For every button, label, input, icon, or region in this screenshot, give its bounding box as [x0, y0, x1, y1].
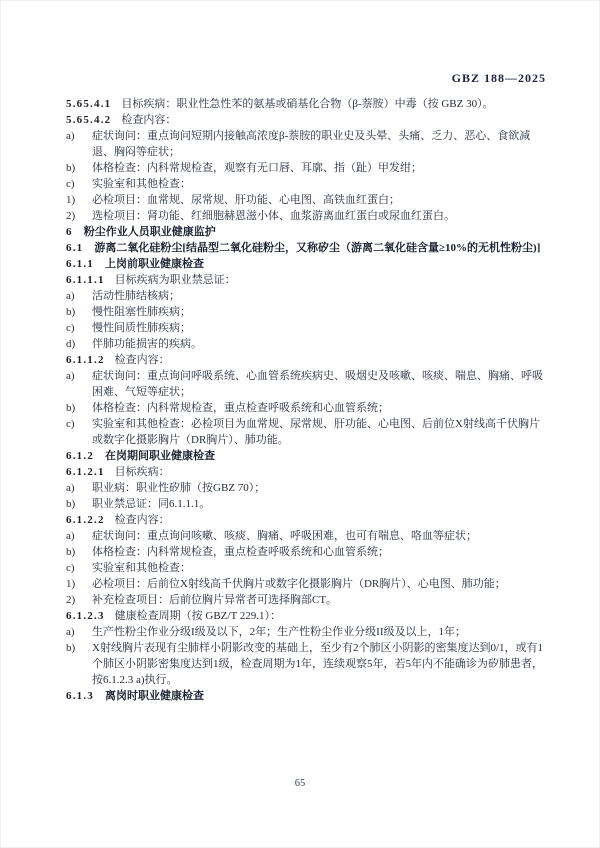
clause-6-1-2-3: 6.1.2.3 健康检查周期（按 GBZ/T 229.1）： — [66, 608, 544, 624]
list-marker: 1) — [66, 576, 92, 592]
list-item-text: 生产性粉尘作业分级I级及以下，2年；生产性粉尘作业分级II级及以上，1年； — [92, 624, 544, 640]
clause-text: 健康检查周期（按 GBZ/T 229.1）： — [115, 608, 544, 624]
list-marker: 1) — [66, 192, 92, 208]
list-item: a) 职业病：职业性矽肺（按GBZ 70）； — [66, 480, 544, 496]
list-item-text: 症状询问：重点询问呼吸系统、心血管系统疾病史、吸烟史及咳嗽、咳痰、喘息、胸痛、呼… — [92, 368, 544, 400]
list-marker: 2) — [66, 208, 92, 224]
list-item: c) 慢性间质性肺疾病； — [66, 320, 544, 336]
section-heading-6-1-2: 6.1.2 在岗期间职业健康检查 — [66, 448, 544, 464]
heading-text: 粉尘作业人员职业健康监护 — [84, 224, 216, 240]
list-marker: b) — [66, 640, 92, 656]
heading-text: 上岗前职业健康检查 — [105, 256, 204, 272]
list-item-text: 职业禁忌证：同6.1.1.1。 — [92, 496, 544, 512]
clause-text: 检查内容： — [121, 112, 544, 128]
sublist-item: 1) 必检项目：后前位X射线高千伏胸片或数字化摄影胸片（DR胸片）、心电图、肺功… — [66, 576, 544, 592]
list-marker: b) — [66, 304, 92, 320]
list-item: b) 职业禁忌证：同6.1.1.1。 — [66, 496, 544, 512]
document-content: 5.65.4.1 目标疾病：职业性急性苯的氨基或硝基化合物（β-萘胺）中毒（按 … — [66, 96, 544, 704]
list-marker: a) — [66, 528, 92, 544]
list-item-text: 必检项目：后前位X射线高千伏胸片或数字化摄影胸片（DR胸片）、心电图、肺功能； — [92, 576, 544, 592]
list-item: a) 生产性粉尘作业分级I级及以下，2年；生产性粉尘作业分级II级及以上，1年； — [66, 624, 544, 640]
list-marker: a) — [66, 288, 92, 304]
list-item-text: 体格检查：内科常规检查，重点检查呼吸系统和心血管系统； — [92, 544, 544, 560]
list-item: a) 症状询问：重点询问咳嗽、咳痰、胸痛、呼吸困难，也可有喘息、咯血等症状； — [66, 528, 544, 544]
list-marker: a) — [66, 368, 92, 384]
list-item-text: 伴肺功能损害的疾病。 — [92, 336, 544, 352]
document-page: GBZ 188—2025 5.65.4.1 目标疾病：职业性急性苯的氨基或硝基化… — [0, 0, 600, 848]
clause-number: 5.65.4.2 — [66, 112, 111, 128]
list-item: b) X射线胸片表现有尘肺样小阴影改变的基础上，至少有2个肺区小阴影的密集度达到… — [66, 640, 544, 688]
clause-6-1-2-1: 6.1.2.1 目标疾病： — [66, 464, 544, 480]
list-item: c) 实验室和其他检查： — [66, 176, 544, 192]
clause-number: 6.1.1.2 — [66, 352, 105, 368]
list-marker: c) — [66, 560, 92, 576]
list-item: a) 活动性肺结核病； — [66, 288, 544, 304]
list-item-text: 选检项目：肾功能、红细胞赫恩滋小体、血浆游离血红蛋白或尿血红蛋白。 — [92, 208, 544, 224]
list-item-text: 实验室和其他检查： — [92, 176, 544, 192]
list-item: d) 伴肺功能损害的疾病。 — [66, 336, 544, 352]
list-item-text: 补充检查项目：后前位胸片异常者可选择胸部CT。 — [92, 592, 544, 608]
list-item-text: 实验室和其他检查： — [92, 560, 544, 576]
list-item-text: 症状询问：重点询问短期内接触高浓度β-萘胺的职业史及头晕、头痛、乏力、恶心、食欲… — [92, 128, 544, 160]
list-marker: a) — [66, 480, 92, 496]
list-item-text: 职业病：职业性矽肺（按GBZ 70）； — [92, 480, 544, 496]
list-item: b) 体格检查：内科常规检查，重点检查呼吸系统和心血管系统； — [66, 400, 544, 416]
list-item-text: 必检项目：血常规、尿常规、肝功能、心电图、高铁血红蛋白； — [92, 192, 544, 208]
list-item-text: 体格检查：内科常规检查，重点检查呼吸系统和心血管系统； — [92, 400, 544, 416]
list-item: b) 体格检查：内科常规检查，观察有无口唇、耳廓、指（趾）甲发绀； — [66, 160, 544, 176]
section-heading-6-1: 6.1 游离二氧化硅粉尘[结晶型二氧化硅粉尘，又称矽尘（游离二氧化硅含量≥10%… — [66, 240, 544, 256]
list-item: b) 体格检查：内科常规检查，重点检查呼吸系统和心血管系统； — [66, 544, 544, 560]
clause-6-1-1-1: 6.1.1.1 目标疾病为职业禁忌证： — [66, 272, 544, 288]
clause-5-65-4-2: 5.65.4.2 检查内容： — [66, 112, 544, 128]
clause-number: 6.1.2.3 — [66, 608, 105, 624]
list-marker: b) — [66, 400, 92, 416]
list-marker: a) — [66, 128, 92, 144]
list-marker: 2) — [66, 592, 92, 608]
section-heading-6-1-3: 6.1.3 离岗时职业健康检查 — [66, 688, 544, 704]
clause-number: 6.1.2.1 — [66, 464, 105, 480]
list-item: a) 症状询问：重点询问短期内接触高浓度β-萘胺的职业史及头晕、头痛、乏力、恶心… — [66, 128, 544, 160]
list-marker: d) — [66, 336, 92, 352]
clause-text: 目标疾病为职业禁忌证： — [115, 272, 544, 288]
list-item: a) 症状询问：重点询问呼吸系统、心血管系统疾病史、吸烟史及咳嗽、咳痰、喘息、胸… — [66, 368, 544, 400]
clause-text: 目标疾病： — [115, 464, 544, 480]
heading-text: 离岗时职业健康检查 — [105, 688, 204, 704]
clause-6-1-1-2: 6.1.1.2 检查内容： — [66, 352, 544, 368]
heading-number: 6.1.2 — [66, 448, 94, 464]
clause-6-1-2-2: 6.1.2.2 检查内容： — [66, 512, 544, 528]
list-marker: b) — [66, 544, 92, 560]
clause-text: 检查内容： — [115, 352, 544, 368]
heading-number: 6.1.3 — [66, 688, 94, 704]
heading-number: 6.1.1 — [66, 256, 94, 272]
heading-number: 6 — [66, 224, 73, 240]
list-marker: c) — [66, 416, 92, 432]
list-marker: b) — [66, 160, 92, 176]
list-marker: b) — [66, 496, 92, 512]
clause-text: 检查内容： — [115, 512, 544, 528]
list-marker: c) — [66, 320, 92, 336]
page-number: 65 — [0, 778, 600, 789]
list-item-text: 活动性肺结核病； — [92, 288, 544, 304]
list-marker: a) — [66, 624, 92, 640]
heading-text: 游离二氧化硅粉尘[结晶型二氧化硅粉尘，又称矽尘（游离二氧化硅含量≥10%的无机性… — [94, 240, 540, 256]
list-item-text: 慢性间质性肺疾病； — [92, 320, 544, 336]
heading-number: 6.1 — [66, 240, 83, 256]
list-item-text: 体格检查：内科常规检查，观察有无口唇、耳廓、指（趾）甲发绀； — [92, 160, 544, 176]
list-item-text: 实验室和其他检查：必检项目为血常规、尿常规、肝功能、心电图、后前位X射线高千伏胸… — [92, 416, 544, 448]
list-item-text: X射线胸片表现有尘肺样小阴影改变的基础上，至少有2个肺区小阴影的密集度达到0/1… — [92, 640, 544, 688]
list-item: c) 实验室和其他检查： — [66, 560, 544, 576]
sublist-item: 1) 必检项目：血常规、尿常规、肝功能、心电图、高铁血红蛋白； — [66, 192, 544, 208]
list-item: c) 实验室和其他检查：必检项目为血常规、尿常规、肝功能、心电图、后前位X射线高… — [66, 416, 544, 448]
list-item: b) 慢性阻塞性肺疾病； — [66, 304, 544, 320]
clause-number: 5.65.4.1 — [66, 96, 111, 112]
clause-number: 6.1.1.1 — [66, 272, 105, 288]
list-item-text: 症状询问：重点询问咳嗽、咳痰、胸痛、呼吸困难，也可有喘息、咯血等症状； — [92, 528, 544, 544]
list-item-text: 慢性阻塞性肺疾病； — [92, 304, 544, 320]
clause-text: 目标疾病：职业性急性苯的氨基或硝基化合物（β-萘胺）中毒（按 GBZ 30）。 — [121, 96, 544, 112]
sublist-item: 2) 选检项目：肾功能、红细胞赫恩滋小体、血浆游离血红蛋白或尿血红蛋白。 — [66, 208, 544, 224]
standard-number-header: GBZ 188—2025 — [452, 71, 546, 86]
heading-text: 在岗期间职业健康检查 — [105, 448, 215, 464]
clause-5-65-4-1: 5.65.4.1 目标疾病：职业性急性苯的氨基或硝基化合物（β-萘胺）中毒（按 … — [66, 96, 544, 112]
section-heading-6: 6 粉尘作业人员职业健康监护 — [66, 224, 544, 240]
list-marker: c) — [66, 176, 92, 192]
clause-number: 6.1.2.2 — [66, 512, 105, 528]
section-heading-6-1-1: 6.1.1 上岗前职业健康检查 — [66, 256, 544, 272]
sublist-item: 2) 补充检查项目：后前位胸片异常者可选择胸部CT。 — [66, 592, 544, 608]
